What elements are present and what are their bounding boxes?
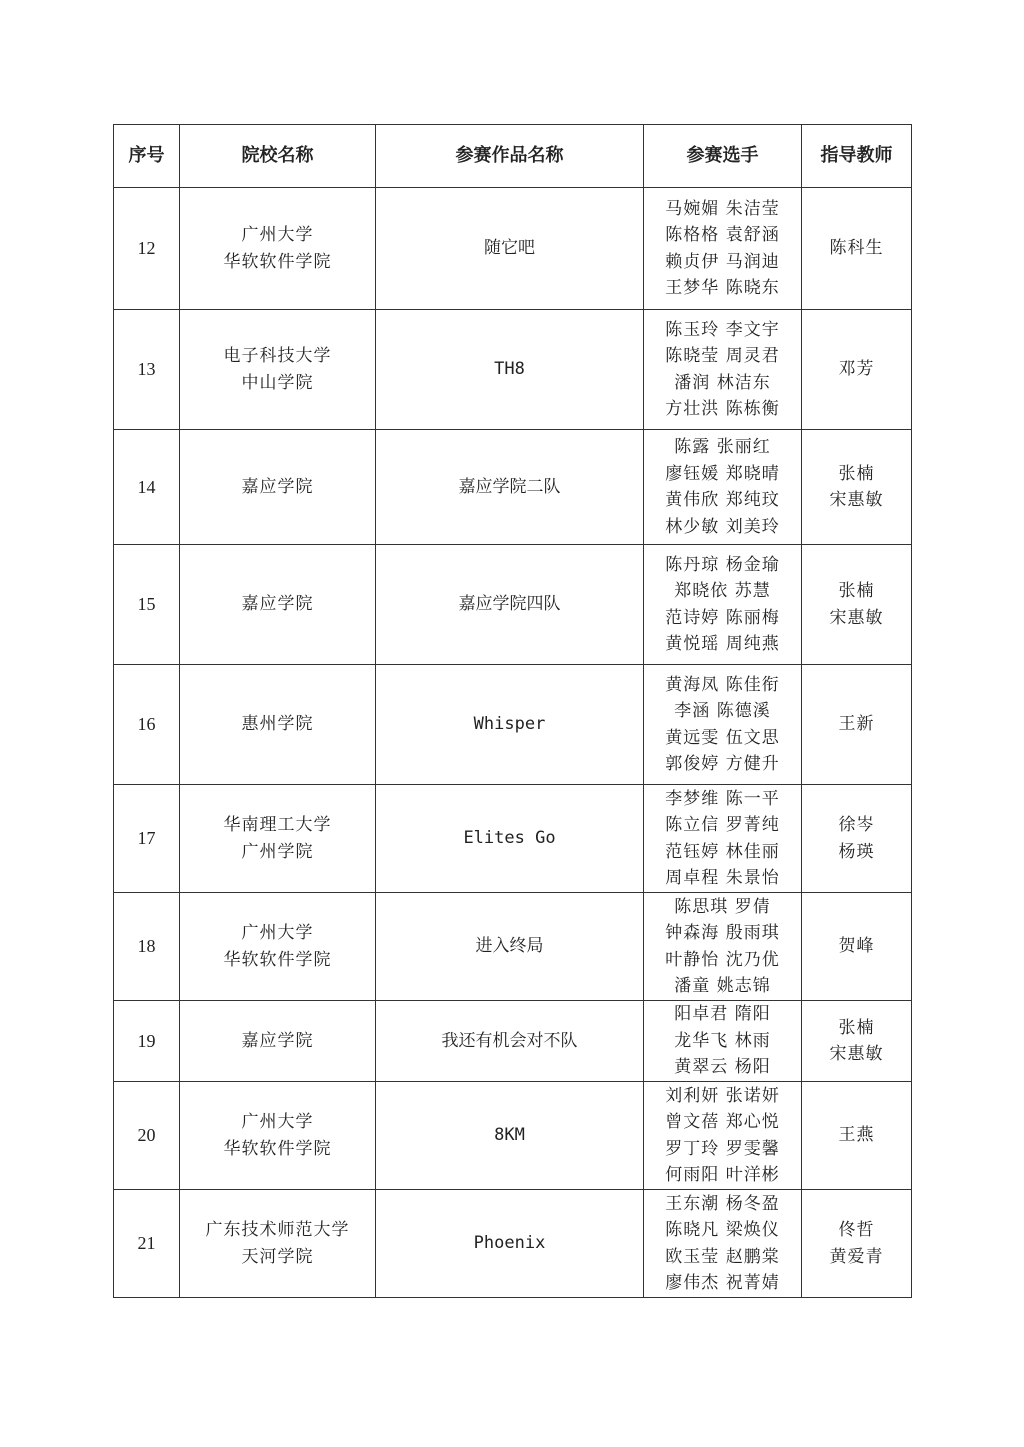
advisor-name: 宋惠敏 (802, 605, 911, 632)
contestant-pair: 钟森海 殷雨琪 (644, 920, 801, 947)
contestants-cell: 陈思琪 罗倩钟森海 殷雨琪叶静怡 沈乃优潘童 姚志锦 (644, 893, 802, 1001)
school-name-line: 嘉应学院 (180, 1028, 375, 1055)
school-name-line: 华软软件学院 (180, 249, 375, 276)
contestant-pair: 廖伟杰 祝菁婧 (644, 1270, 801, 1297)
school-name-line: 惠州学院 (180, 711, 375, 738)
school-name-line: 广州学院 (180, 839, 375, 866)
work-name-cell: Phoenix (376, 1190, 644, 1298)
school-name-cell: 广州大学华软软件学院 (180, 1082, 376, 1190)
contestant-pair: 刘利妍 张诺妍 (644, 1083, 801, 1110)
work-name-cell: 8KM (376, 1082, 644, 1190)
contestant-pair: 陈思琪 罗倩 (644, 894, 801, 921)
work-name-cell: TH8 (376, 310, 644, 430)
school-name-cell: 华南理工大学广州学院 (180, 785, 376, 893)
advisors-cell: 张楠宋惠敏 (802, 430, 912, 545)
school-name-line: 广州大学 (180, 920, 375, 947)
header-advisors: 指导教师 (802, 125, 912, 188)
advisor-name: 张楠 (802, 461, 911, 488)
school-name-cell: 嘉应学院 (180, 545, 376, 665)
work-name-cell: 我还有机会对不队 (376, 1001, 644, 1082)
school-name-line: 华软软件学院 (180, 947, 375, 974)
work-name-cell: Whisper (376, 665, 644, 785)
school-name-line: 电子科技大学 (180, 343, 375, 370)
table-row: 12广州大学华软软件学院随它吧马婉媚 朱洁莹陈格格 袁舒涵赖贞伊 马润迪王梦华 … (114, 188, 912, 310)
contestants-cell: 陈丹琼 杨金瑜郑晓依 苏慧范诗婷 陈丽梅黄悦瑶 周纯燕 (644, 545, 802, 665)
contestant-pair: 林少敏 刘美玲 (644, 514, 801, 541)
school-name-cell: 广东技术师范大学天河学院 (180, 1190, 376, 1298)
contestants-cell: 王东潮 杨冬盈陈晓凡 梁焕仪欧玉莹 赵鹏棠廖伟杰 祝菁婧 (644, 1190, 802, 1298)
contestants-cell: 刘利妍 张诺妍曾文蓓 郑心悦罗丁玲 罗雯馨何雨阳 叶洋彬 (644, 1082, 802, 1190)
contestant-pair: 阳卓君 隋阳 (644, 1001, 801, 1028)
serial-no-cell: 18 (114, 893, 180, 1001)
school-name-cell: 嘉应学院 (180, 430, 376, 545)
advisor-name: 王新 (802, 711, 911, 738)
table-row: 15嘉应学院嘉应学院四队陈丹琼 杨金瑜郑晓依 苏慧范诗婷 陈丽梅黄悦瑶 周纯燕张… (114, 545, 912, 665)
advisors-cell: 佟哲黄爱青 (802, 1190, 912, 1298)
table-row: 17华南理工大学广州学院Elites Go李梦维 陈一平陈立信 罗菁纯范钰婷 林… (114, 785, 912, 893)
contestant-pair: 廖钰媛 郑晓晴 (644, 461, 801, 488)
advisor-name: 张楠 (802, 1015, 911, 1042)
contestant-pair: 陈丹琼 杨金瑜 (644, 552, 801, 579)
contestants-cell: 陈露 张丽红廖钰媛 郑晓晴黄伟欣 郑纯玟林少敏 刘美玲 (644, 430, 802, 545)
advisor-name: 王燕 (802, 1122, 911, 1149)
serial-no-cell: 14 (114, 430, 180, 545)
contestants-cell: 李梦维 陈一平陈立信 罗菁纯范钰婷 林佳丽周卓程 朱景怡 (644, 785, 802, 893)
advisors-cell: 徐岑杨瑛 (802, 785, 912, 893)
header-school-name: 院校名称 (180, 125, 376, 188)
serial-no-cell: 19 (114, 1001, 180, 1082)
table-row: 19嘉应学院我还有机会对不队阳卓君 隋阳龙华飞 林雨黄翠云 杨阳张楠宋惠敏 (114, 1001, 912, 1082)
contestants-cell: 黄海凤 陈佳衔李涵 陈德溪黄远雯 伍文思郭俊婷 方健升 (644, 665, 802, 785)
serial-no-cell: 20 (114, 1082, 180, 1190)
advisor-name: 杨瑛 (802, 839, 911, 866)
table-header-row: 序号 院校名称 参赛作品名称 参赛选手 指导教师 (114, 125, 912, 188)
serial-no-cell: 13 (114, 310, 180, 430)
advisor-name: 黄爱青 (802, 1244, 911, 1271)
contestant-pair: 潘润 林洁东 (644, 370, 801, 397)
school-name-cell: 电子科技大学中山学院 (180, 310, 376, 430)
advisors-cell: 王燕 (802, 1082, 912, 1190)
contestants-cell: 陈玉玲 李文宇陈晓莹 周灵君潘润 林洁东方壮洪 陈栋衡 (644, 310, 802, 430)
table-row: 13电子科技大学中山学院TH8陈玉玲 李文宇陈晓莹 周灵君潘润 林洁东方壮洪 陈… (114, 310, 912, 430)
school-name-cell: 嘉应学院 (180, 1001, 376, 1082)
contestant-pair: 黄翠云 杨阳 (644, 1054, 801, 1081)
contestant-pair: 范钰婷 林佳丽 (644, 839, 801, 866)
advisor-name: 徐岑 (802, 812, 911, 839)
serial-no-cell: 12 (114, 188, 180, 310)
advisors-cell: 贺峰 (802, 893, 912, 1001)
work-name-cell: 嘉应学院四队 (376, 545, 644, 665)
contestant-pair: 陈晓莹 周灵君 (644, 343, 801, 370)
work-name-cell: 嘉应学院二队 (376, 430, 644, 545)
contestant-pair: 陈露 张丽红 (644, 434, 801, 461)
advisors-cell: 邓芳 (802, 310, 912, 430)
contestant-pair: 王梦华 陈晓东 (644, 275, 801, 302)
contestant-pair: 龙华飞 林雨 (644, 1028, 801, 1055)
school-name-line: 天河学院 (180, 1244, 375, 1271)
school-name-line: 华软软件学院 (180, 1136, 375, 1163)
school-name-line: 嘉应学院 (180, 474, 375, 501)
school-name-line: 嘉应学院 (180, 591, 375, 618)
advisor-name: 贺峰 (802, 933, 911, 960)
school-name-line: 中山学院 (180, 370, 375, 397)
contestants-cell: 阳卓君 隋阳龙华飞 林雨黄翠云 杨阳 (644, 1001, 802, 1082)
contestant-pair: 陈晓凡 梁焕仪 (644, 1217, 801, 1244)
school-name-line: 广州大学 (180, 1109, 375, 1136)
header-serial-no: 序号 (114, 125, 180, 188)
work-name-cell: 随它吧 (376, 188, 644, 310)
advisors-cell: 王新 (802, 665, 912, 785)
contestant-pair: 王东潮 杨冬盈 (644, 1191, 801, 1218)
serial-no-cell: 17 (114, 785, 180, 893)
work-name-cell: Elites Go (376, 785, 644, 893)
contestants-cell: 马婉媚 朱洁莹陈格格 袁舒涵赖贞伊 马润迪王梦华 陈晓东 (644, 188, 802, 310)
contestant-pair: 黄悦瑶 周纯燕 (644, 631, 801, 658)
work-name-cell: 进入终局 (376, 893, 644, 1001)
advisors-cell: 陈科生 (802, 188, 912, 310)
contestant-pair: 叶静怡 沈乃优 (644, 947, 801, 974)
contestant-pair: 马婉媚 朱洁莹 (644, 196, 801, 223)
contestant-pair: 赖贞伊 马润迪 (644, 249, 801, 276)
school-name-cell: 广州大学华软软件学院 (180, 893, 376, 1001)
advisor-name: 佟哲 (802, 1217, 911, 1244)
contestant-pair: 曾文蓓 郑心悦 (644, 1109, 801, 1136)
advisor-name: 张楠 (802, 578, 911, 605)
table-row: 21广东技术师范大学天河学院Phoenix王东潮 杨冬盈陈晓凡 梁焕仪欧玉莹 赵… (114, 1190, 912, 1298)
competition-entries-table: 序号 院校名称 参赛作品名称 参赛选手 指导教师 12广州大学华软软件学院随它吧… (113, 124, 912, 1298)
contestant-pair: 方壮洪 陈栋衡 (644, 396, 801, 423)
serial-no-cell: 21 (114, 1190, 180, 1298)
header-work-name: 参赛作品名称 (376, 125, 644, 188)
contestant-pair: 罗丁玲 罗雯馨 (644, 1136, 801, 1163)
contestant-pair: 黄海凤 陈佳衔 (644, 672, 801, 699)
contestant-pair: 何雨阳 叶洋彬 (644, 1162, 801, 1189)
table-row: 18广州大学华软软件学院进入终局陈思琪 罗倩钟森海 殷雨琪叶静怡 沈乃优潘童 姚… (114, 893, 912, 1001)
contestant-pair: 潘童 姚志锦 (644, 973, 801, 1000)
serial-no-cell: 15 (114, 545, 180, 665)
contestant-pair: 郑晓依 苏慧 (644, 578, 801, 605)
contestant-pair: 欧玉莹 赵鹏棠 (644, 1244, 801, 1271)
contestant-pair: 黄远雯 伍文思 (644, 725, 801, 752)
school-name-line: 广州大学 (180, 222, 375, 249)
advisors-cell: 张楠宋惠敏 (802, 545, 912, 665)
contestant-pair: 郭俊婷 方健升 (644, 751, 801, 778)
contestant-pair: 陈立信 罗菁纯 (644, 812, 801, 839)
table-row: 14嘉应学院嘉应学院二队陈露 张丽红廖钰媛 郑晓晴黄伟欣 郑纯玟林少敏 刘美玲张… (114, 430, 912, 545)
contestant-pair: 李梦维 陈一平 (644, 786, 801, 813)
header-contestants: 参赛选手 (644, 125, 802, 188)
school-name-line: 华南理工大学 (180, 812, 375, 839)
school-name-line: 广东技术师范大学 (180, 1217, 375, 1244)
advisor-name: 宋惠敏 (802, 1041, 911, 1068)
contestant-pair: 陈格格 袁舒涵 (644, 222, 801, 249)
contestant-pair: 陈玉玲 李文宇 (644, 317, 801, 344)
advisors-cell: 张楠宋惠敏 (802, 1001, 912, 1082)
school-name-cell: 广州大学华软软件学院 (180, 188, 376, 310)
advisor-name: 宋惠敏 (802, 487, 911, 514)
contestant-pair: 范诗婷 陈丽梅 (644, 605, 801, 632)
advisor-name: 邓芳 (802, 356, 911, 383)
school-name-cell: 惠州学院 (180, 665, 376, 785)
table-row: 16惠州学院Whisper黄海凤 陈佳衔李涵 陈德溪黄远雯 伍文思郭俊婷 方健升… (114, 665, 912, 785)
contestant-pair: 李涵 陈德溪 (644, 698, 801, 725)
table-row: 20广州大学华软软件学院8KM刘利妍 张诺妍曾文蓓 郑心悦罗丁玲 罗雯馨何雨阳 … (114, 1082, 912, 1190)
serial-no-cell: 16 (114, 665, 180, 785)
contestant-pair: 黄伟欣 郑纯玟 (644, 487, 801, 514)
contestant-pair: 周卓程 朱景怡 (644, 865, 801, 892)
advisor-name: 陈科生 (802, 235, 911, 262)
